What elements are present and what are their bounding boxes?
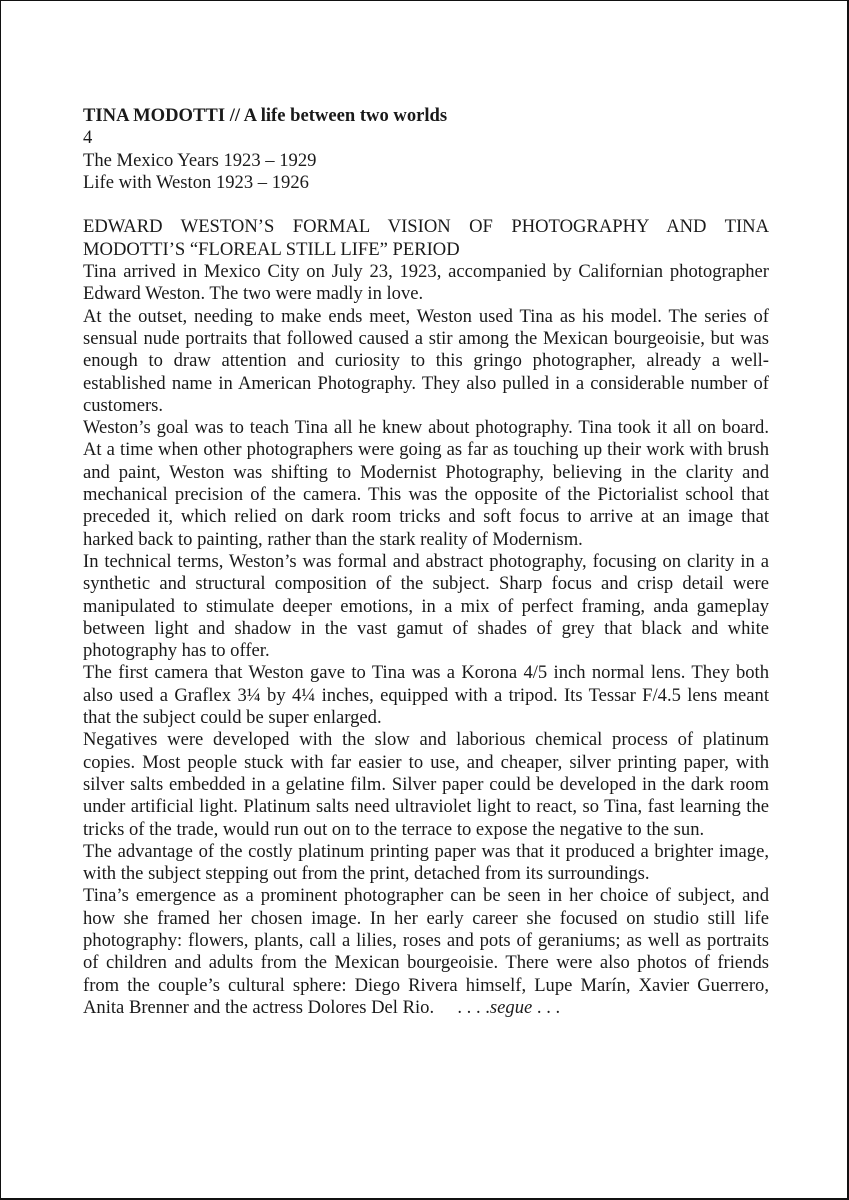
paragraph: Negatives were developed with the slow a… — [83, 729, 769, 840]
paragraph: The advantage of the costly platinum pri… — [83, 841, 769, 886]
paragraph: Tina arrived in Mexico City on July 23, … — [83, 261, 769, 306]
paragraph: Weston’s goal was to teach Tina all he k… — [83, 417, 769, 551]
last-paragraph-text: Tina’s emergence as a prominent photogra… — [83, 885, 769, 1017]
paragraph: In technical terms, Weston’s was formal … — [83, 551, 769, 662]
section-subtitle: Life with Weston 1923 – 1926 — [83, 172, 769, 194]
chapter-subtitle: The Mexico Years 1923 – 1929 — [83, 150, 769, 172]
blank-line — [83, 194, 769, 216]
page-content: TINA MODOTTI // A life between two world… — [83, 105, 769, 1019]
ellipsis: . . . — [532, 997, 560, 1018]
document-page: TINA MODOTTI // A life between two world… — [0, 0, 849, 1200]
last-paragraph: Tina’s emergence as a prominent photogra… — [83, 885, 769, 1019]
continuation-note: segue — [490, 997, 532, 1018]
section-heading: EDWARD WESTON’S FORMAL VISION OF PHOTOGR… — [83, 216, 769, 261]
ellipsis: . . . . — [434, 997, 490, 1018]
page-number: 4 — [83, 127, 769, 149]
document-title: TINA MODOTTI // A life between two world… — [83, 105, 769, 127]
paragraph: The first camera that Weston gave to Tin… — [83, 662, 769, 729]
paragraph: At the outset, needing to make ends meet… — [83, 306, 769, 417]
